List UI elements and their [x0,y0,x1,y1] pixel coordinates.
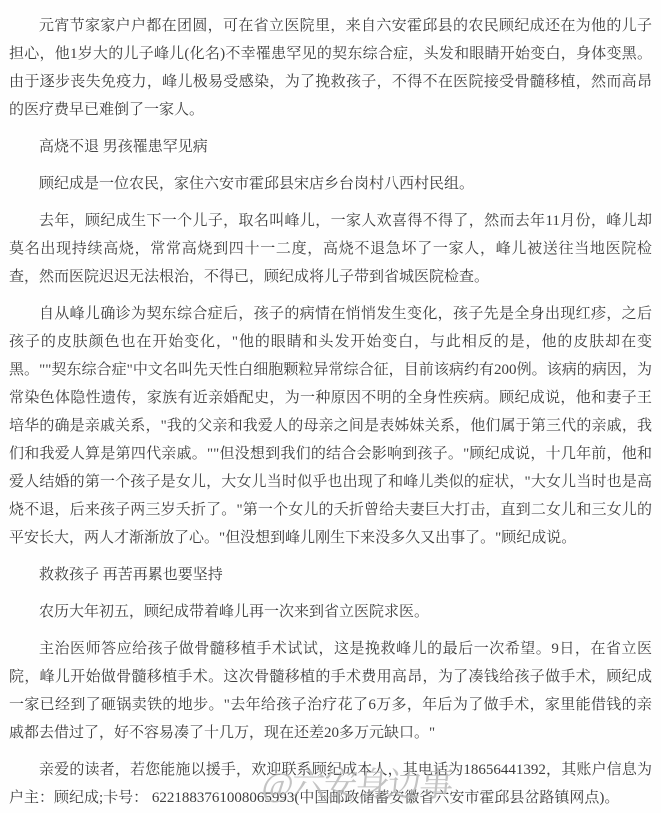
article-paragraph: 顾纪成是一位农民，家住六安市霍邱县宋店乡台岗村八西村民组。 [9,170,652,198]
article-body: 元宵节家家户户都在团圆，可在省立医院里，来自六安霍邱县的农民顾纪成还在为他的儿子… [9,12,652,812]
article-paragraph: 去年，顾纪成生下一个儿子，取名叫峰儿，一家人欢喜得不得了，然而去年11月份，峰儿… [9,207,652,291]
article-page: 元宵节家家户户都在团圆，可在省立医院里，来自六安霍邱县的农民顾纪成还在为他的儿子… [0,0,661,813]
article-paragraph: 自从峰儿确诊为契东综合症后，孩子的病情在悄悄发生变化，孩子先是全身出现红疹，之后… [9,300,652,552]
section-heading: 救救孩子 再苦再累也要坚持 [9,561,652,589]
article-paragraph: 亲爱的读者，若您能施以援手，欢迎联系顾纪成本人，其电话为18656441392，… [9,756,652,812]
section-heading: 高烧不退 男孩罹患罕见病 [9,133,652,161]
article-paragraph: 主治医师答应给孩子做骨髓移植手术试试，这是挽救峰儿的最后一次希望。9日，在省立医… [9,635,652,747]
article-paragraph: 元宵节家家户户都在团圆，可在省立医院里，来自六安霍邱县的农民顾纪成还在为他的儿子… [9,12,652,124]
article-paragraph: 农历大年初五，顾纪成带着峰儿再一次来到省立医院求医。 [9,598,652,626]
